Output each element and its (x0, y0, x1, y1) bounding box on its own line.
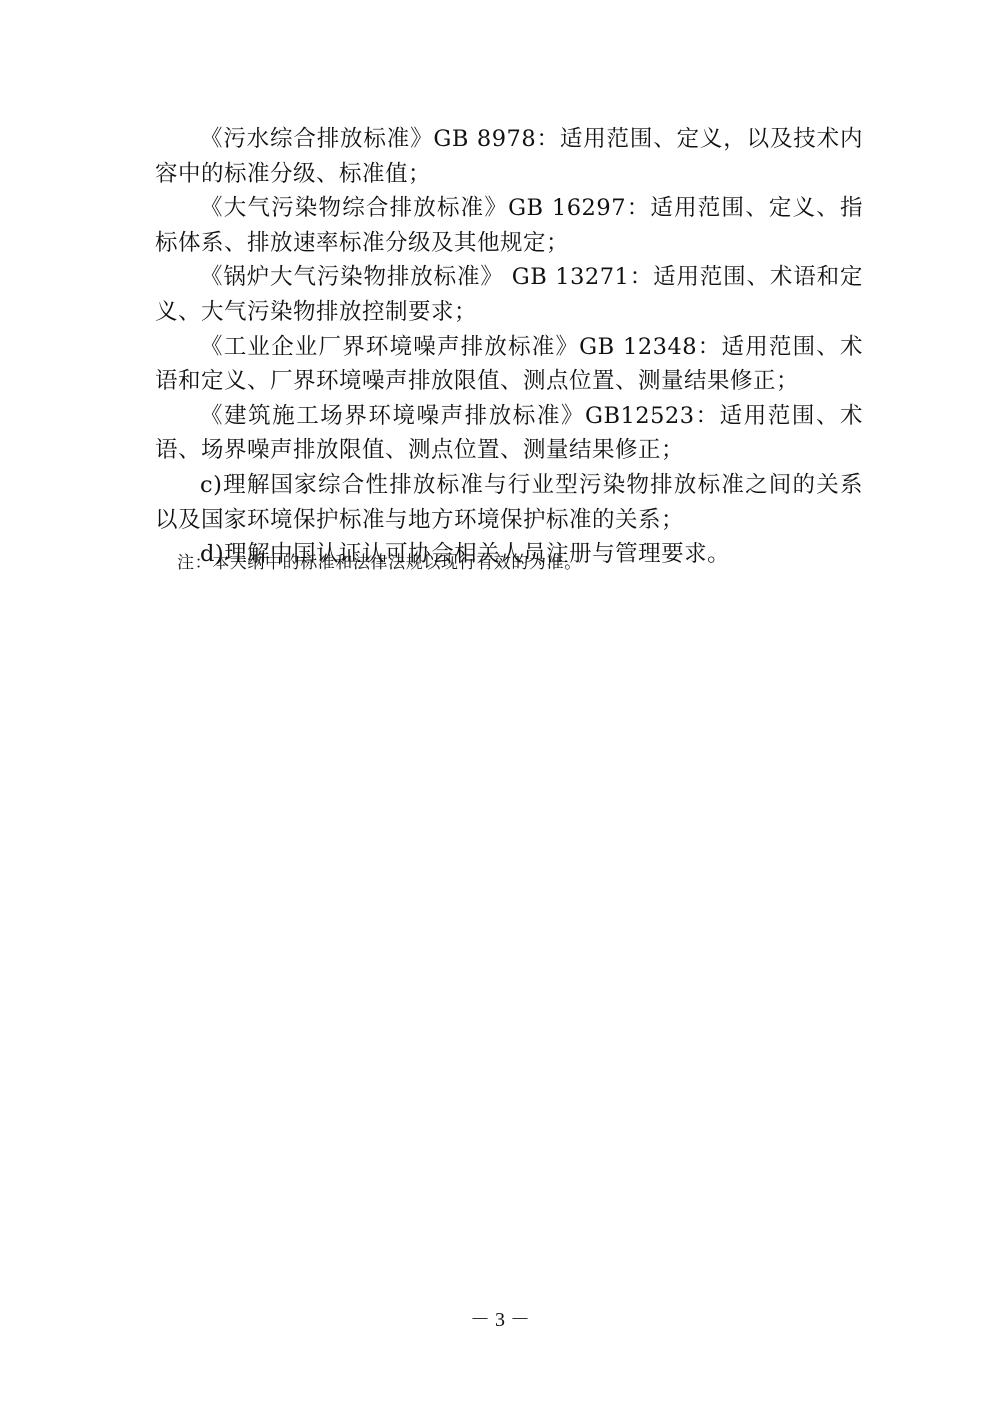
document-page: 《污水综合排放标准》GB 8978：适用范围、定义，以及技术内容中的标准分级、标… (0, 0, 1000, 1414)
paragraph-gb13271: 《锅炉大气污染物排放标准》 GB 13271：适用范围、术语和定义、大气污染物排… (155, 260, 863, 329)
paragraph-gb8978: 《污水综合排放标准》GB 8978：适用范围、定义，以及技术内容中的标准分级、标… (155, 122, 863, 191)
paragraph-gb16297: 《大气污染物综合排放标准》GB 16297：适用范围、定义、指标体系、排放速率标… (155, 191, 863, 260)
paragraph-gb12523: 《建筑施工场界环境噪声排放标准》GB12523：适用范围、术语、场界噪声排放限值… (155, 399, 863, 468)
body-text: 《污水综合排放标准》GB 8978：适用范围、定义，以及技术内容中的标准分级、标… (155, 122, 863, 572)
page-number: － 3 － (0, 1303, 1000, 1332)
paragraph-gb12348: 《工业企业厂界环境噪声排放标准》GB 12348：适用范围、术语和定义、厂界环境… (155, 330, 863, 399)
paragraph-item-c: c)理解国家综合性排放标准与行业型污染物排放标准之间的关系以及国家环境保护标准与… (155, 468, 863, 537)
footnote: 注：本大纲中的标准和法律法规以现行有效的为准。 (177, 550, 582, 576)
